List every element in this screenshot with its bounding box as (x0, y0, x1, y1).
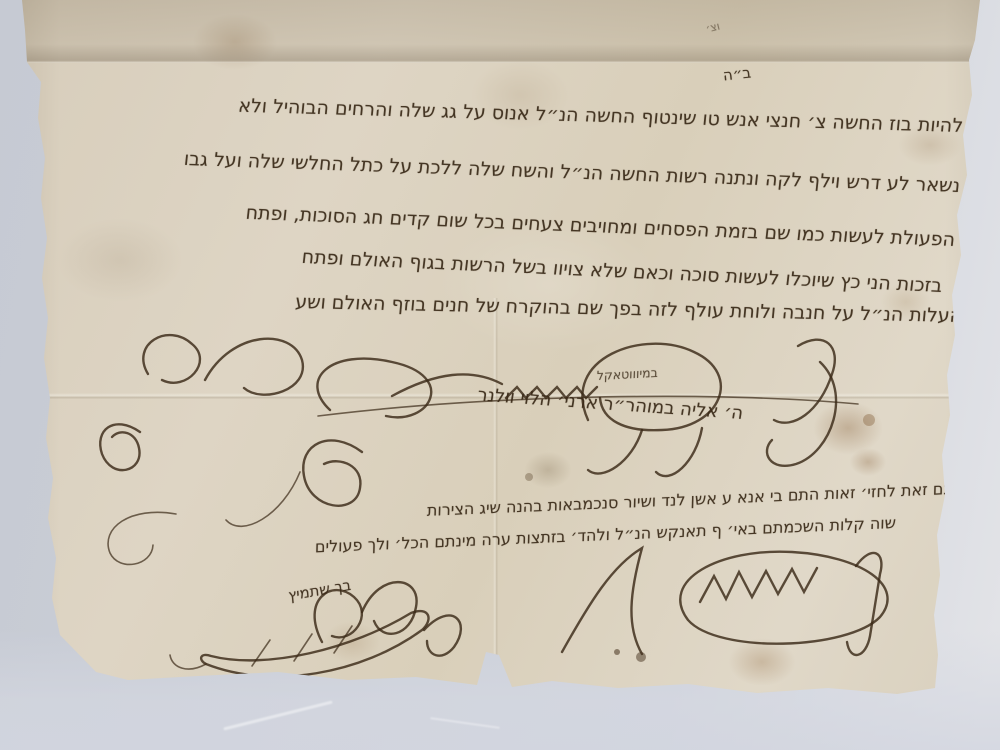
signature-scribble-text: במיוווטאקל (498, 366, 658, 389)
background-scratch (223, 700, 332, 730)
header-abbreviation: ב״ה (722, 65, 752, 85)
signature-bottom-right (562, 548, 888, 655)
closing-word: בך שתמיץ (222, 577, 352, 617)
fold-crease-top (0, 0, 1000, 63)
body-line: להיות בוז החשה צ׳ חנצי אנש טו שינטוף החש… (57, 91, 964, 138)
body-line: נשאר לע דרש וילף לקה ונתנה רשות החשה הנ״… (54, 144, 961, 197)
photo-scene: וצ׳ ב״ה להיות בוז החשה צ׳ חנצי אנש טו שי… (0, 0, 1000, 750)
body-line: העלות הנ״ל על חנבה ולוחת עולף לזה בפך שם… (61, 287, 963, 328)
manuscript-paper: וצ׳ ב״ה להיות בוז החשה צ׳ חנצי אנש טו שי… (0, 0, 1000, 750)
fold-crease-vertical (493, 298, 498, 670)
background-scratch (430, 717, 500, 729)
